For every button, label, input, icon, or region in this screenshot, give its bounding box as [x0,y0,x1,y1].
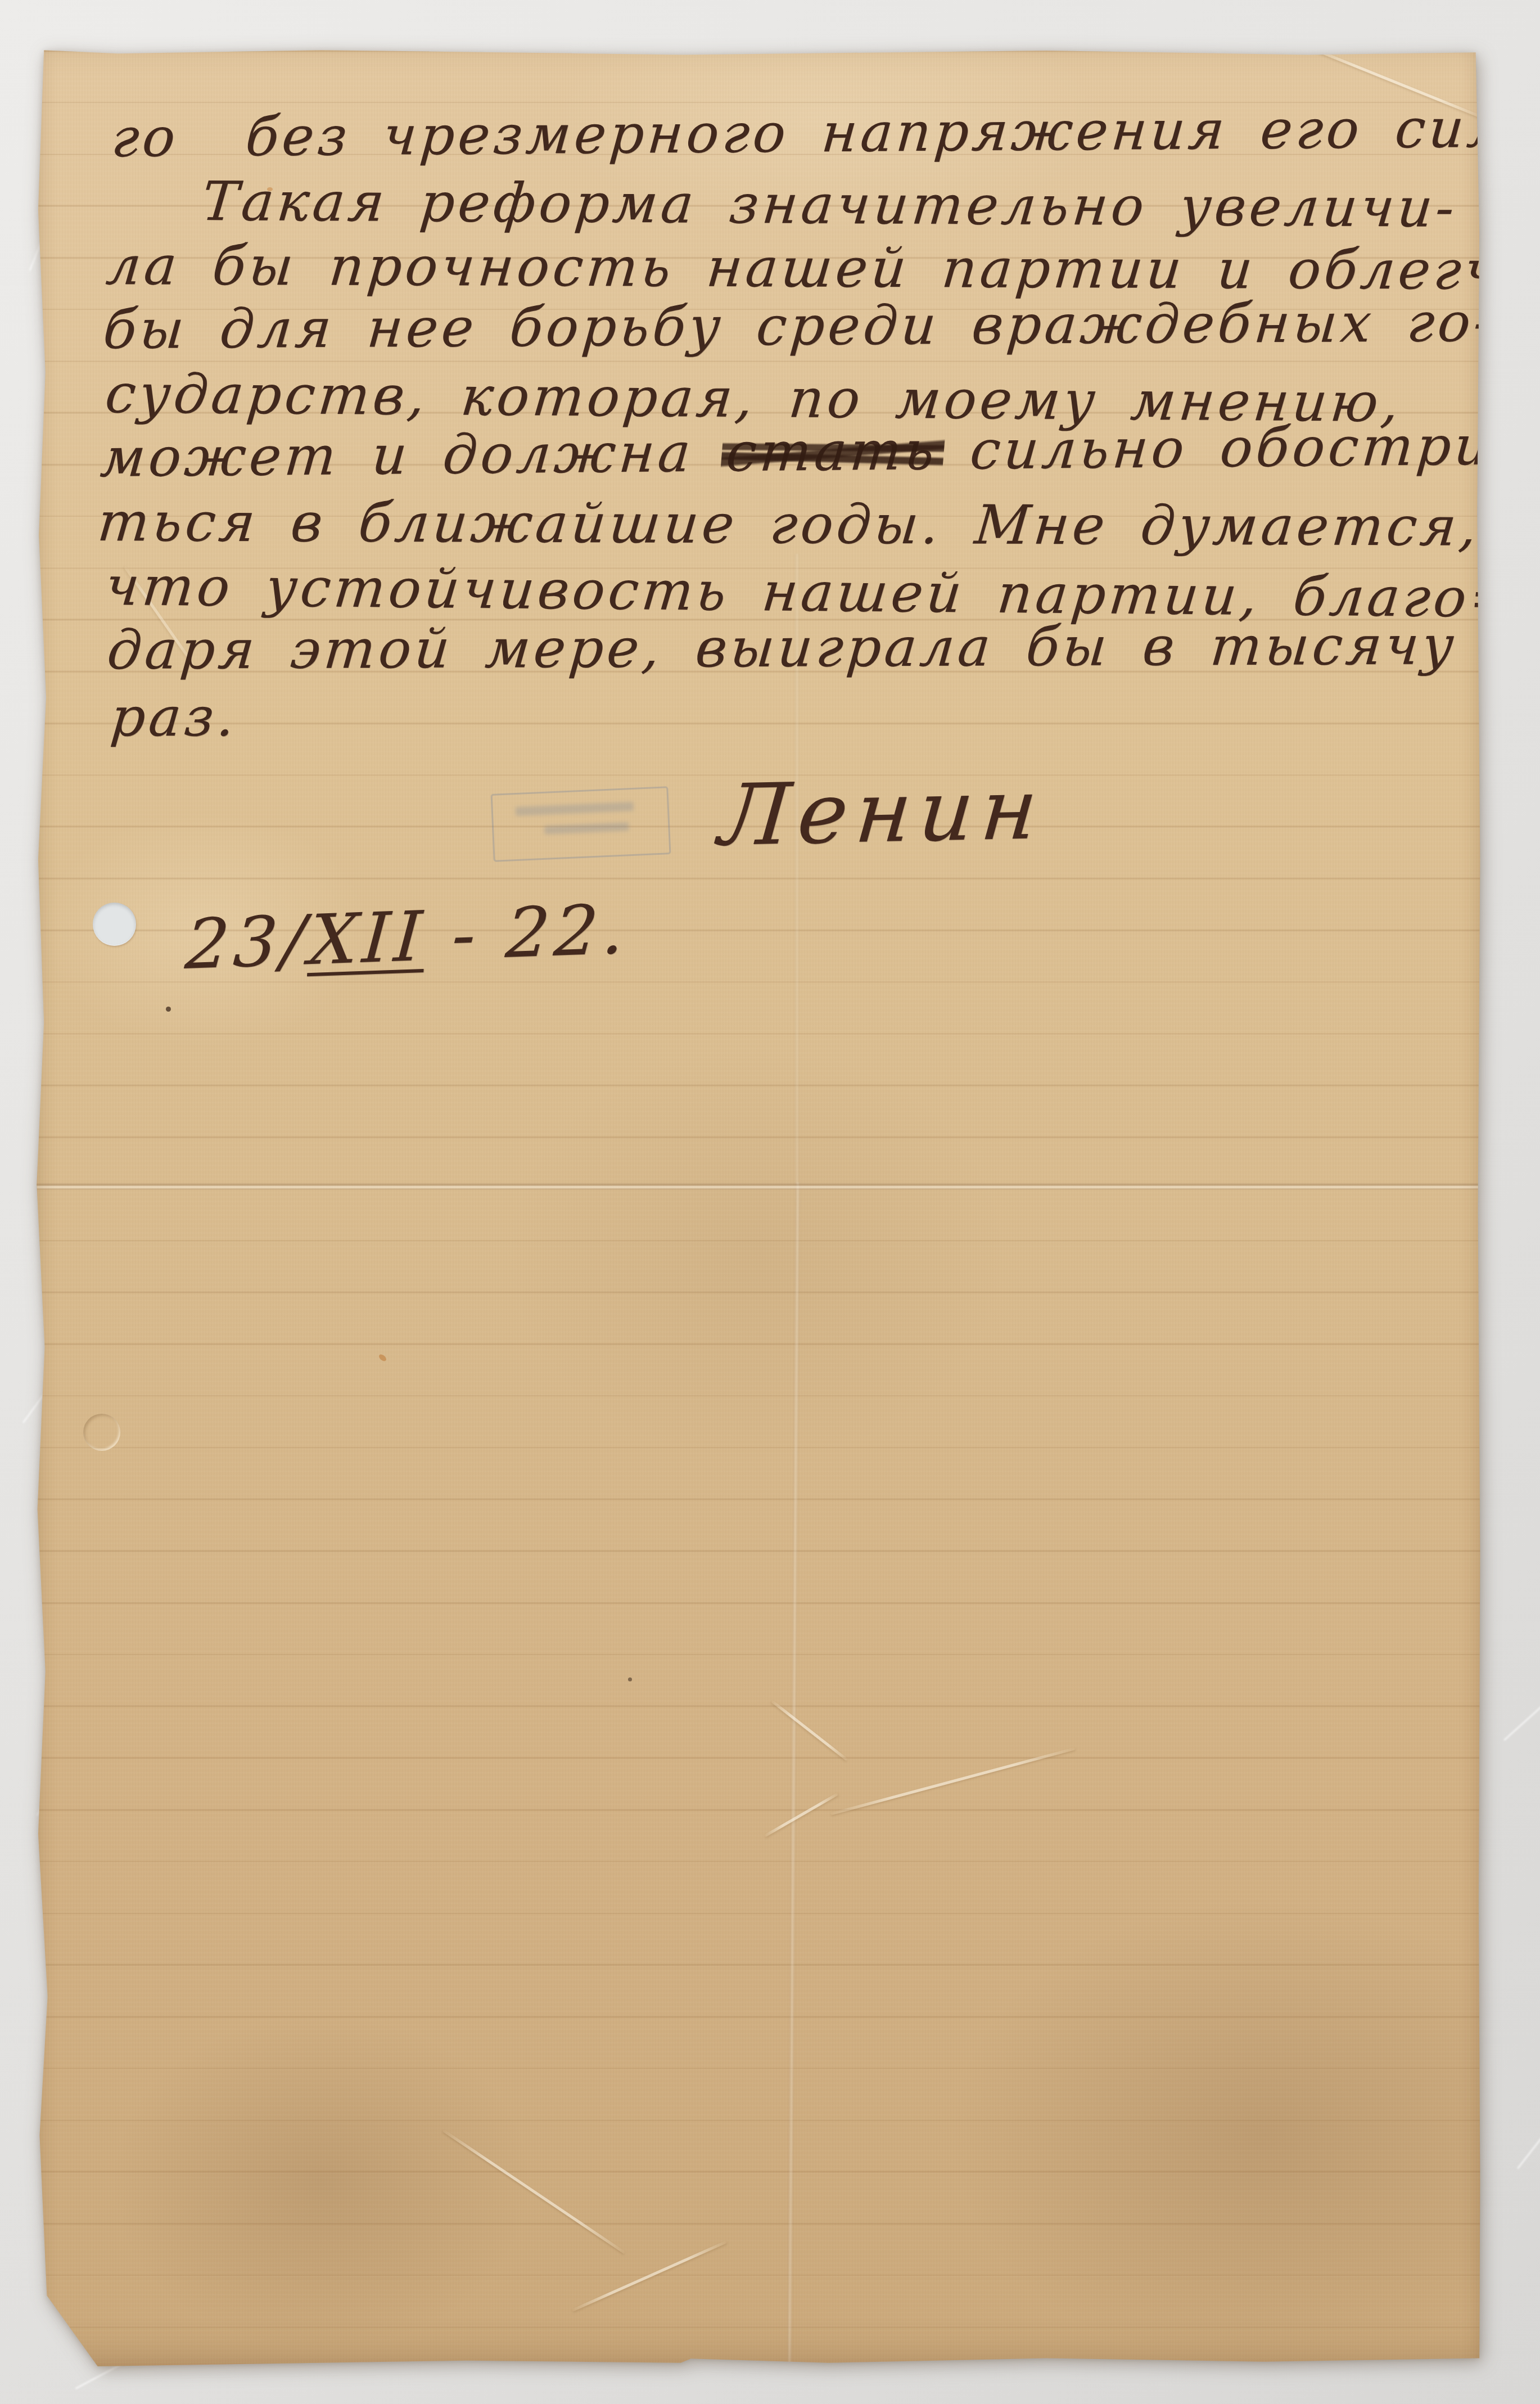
paper-shadow-wrapper: гобез чрезмерного напряжения его сил. Та… [0,0,1540,2404]
edge-shading [31,48,1482,2367]
scanned-document-page: { "page": { "kind": "scanned handwritten… [0,0,1540,2404]
manuscript-paper-sheet: гобез чрезмерного напряжения его сил. Та… [31,48,1482,2367]
